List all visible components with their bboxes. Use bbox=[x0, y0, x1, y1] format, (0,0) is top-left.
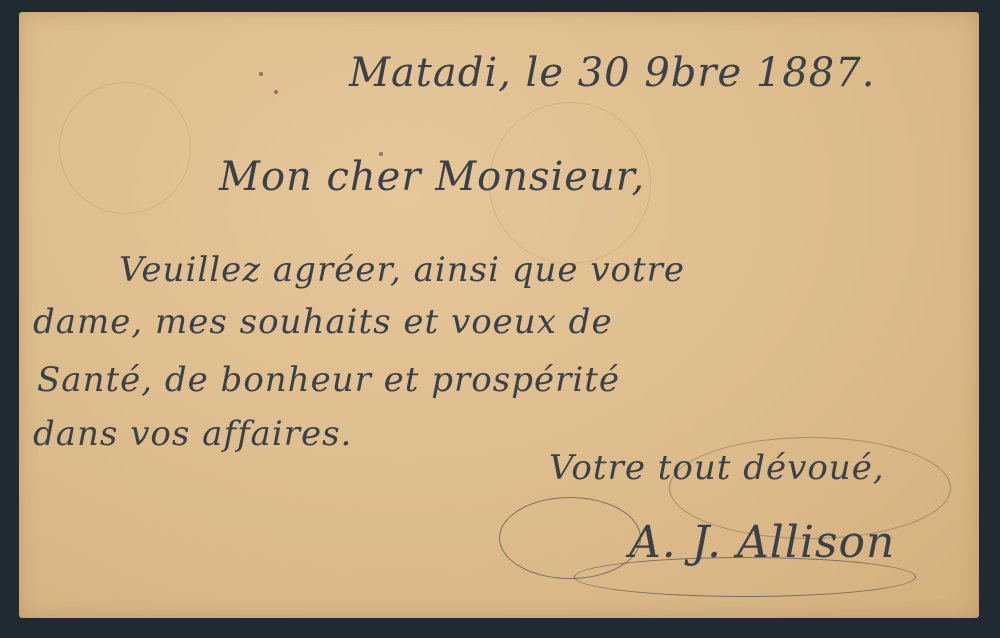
signature: A. J. Allison bbox=[629, 517, 895, 568]
ink-spot bbox=[259, 72, 263, 76]
postmark-ghost bbox=[59, 82, 191, 214]
body-line-4: dans vos affaires. bbox=[33, 414, 352, 454]
dateline: Matadi, le 30 9bre 1887. bbox=[349, 50, 875, 96]
ink-spot bbox=[274, 90, 278, 94]
postcard: Matadi, le 30 9bre 1887. Mon cher Monsie… bbox=[19, 12, 979, 618]
salutation: Mon cher Monsieur, bbox=[219, 154, 645, 200]
body-line-3: Santé, de bonheur et prospérité bbox=[37, 360, 620, 400]
body-line-2: dame, mes souhaits et voeux de bbox=[33, 302, 613, 342]
body-line-1: Veuillez agréer, ainsi que votre bbox=[119, 250, 685, 290]
